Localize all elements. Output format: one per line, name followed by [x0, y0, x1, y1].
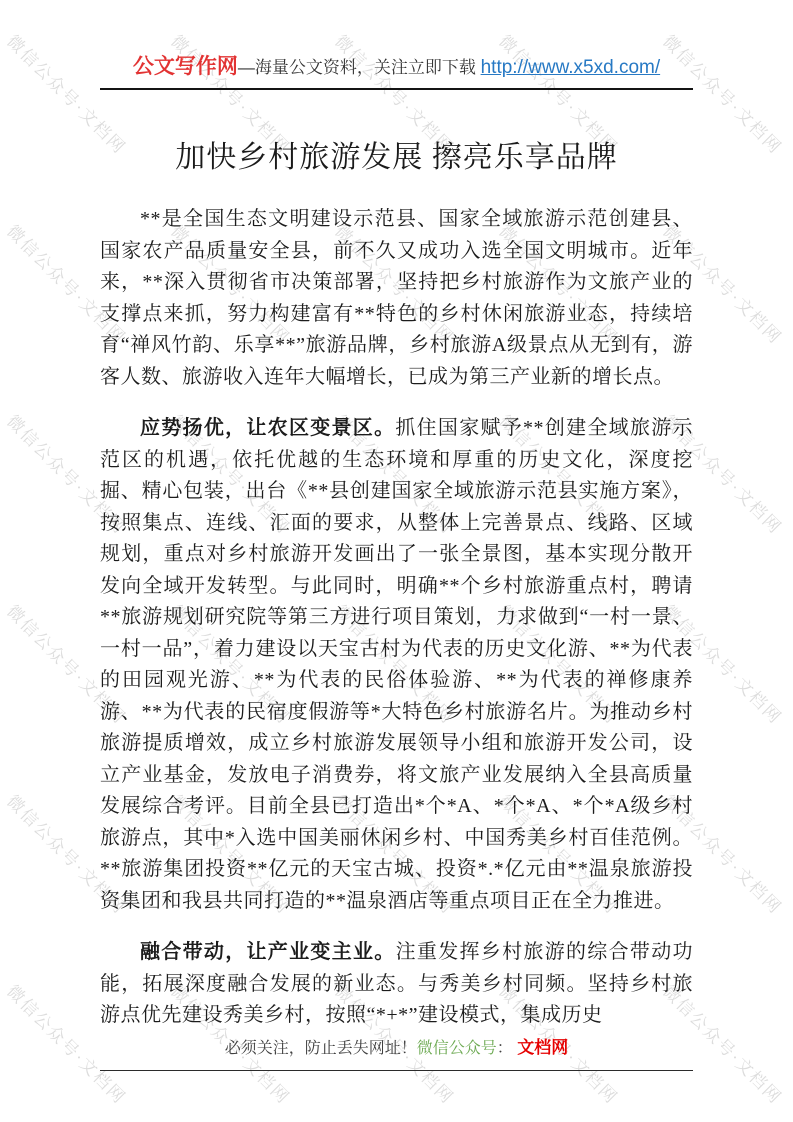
- site-brand: 公文写作网: [133, 55, 238, 78]
- site-url-link[interactable]: http://www.x5xd.com/: [481, 57, 661, 78]
- page-header: 公文写作网—海量公文资料，关注立即下载 http://www.x5xd.com/: [100, 0, 693, 90]
- footer-brand: 文档网: [517, 1038, 568, 1057]
- paragraph-lead: 应势扬优，让农区变景区。: [140, 417, 395, 439]
- document-page: 微信公众号·文档网微信公众号·文档网微信公众号·文档网微信公众号·文档网微信公众…: [0, 0, 793, 1122]
- body-paragraph-1: **是全国生态文明建设示范县、国家全域旅游示范创建县、国家农产品质量安全县，前不…: [100, 204, 693, 393]
- paragraph-text: 抓住国家赋予**创建全域旅游示范区的机遇，依托优越的生态环境和厚重的历史文化，深…: [100, 417, 693, 912]
- page-footer: 必须关注，防止丢失网址！微信公众号： 文档网: [100, 1036, 693, 1071]
- footer-colon: ：: [497, 1040, 513, 1057]
- footer-wechat-label: 微信公众号: [417, 1040, 497, 1057]
- footer-notice: 必须关注，防止丢失网址！: [225, 1040, 417, 1057]
- paragraph-lead: 融合带动，让产业变主业。: [140, 941, 396, 963]
- header-tagline: —海量公文资料，关注立即下载: [238, 58, 481, 77]
- body-paragraph-2: 应势扬优，让农区变景区。抓住国家赋予**创建全域旅游示范区的机遇，依托优越的生态…: [100, 413, 693, 917]
- content-column: 公文写作网—海量公文资料，关注立即下载 http://www.x5xd.com/…: [100, 0, 693, 1032]
- document-title: 加快乡村旅游发展 擦亮乐享品牌: [100, 136, 693, 180]
- document-body: **是全国生态文明建设示范县、国家全域旅游示范创建县、国家农产品质量安全县，前不…: [100, 204, 693, 1032]
- paragraph-text: **是全国生态文明建设示范县、国家全域旅游示范创建县、国家农产品质量安全县，前不…: [100, 208, 693, 388]
- body-paragraph-3: 融合带动，让产业变主业。注重发挥乡村旅游的综合带动功能，拓展深度融合发展的新业态…: [100, 937, 693, 1032]
